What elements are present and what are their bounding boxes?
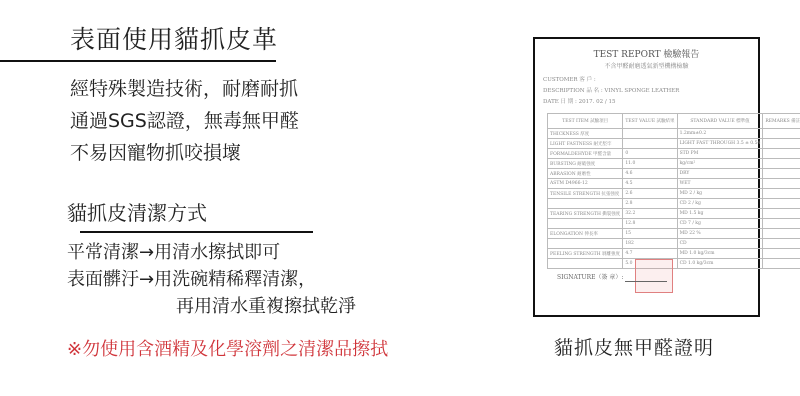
- cleaning-line: 平常清潔→用清水擦拭即可: [67, 239, 356, 266]
- table-row: ELONGATION 伸長率15MD 22 %: [548, 229, 800, 239]
- leather-features-list: 經特殊製造技術，耐磨耐抓 通過SGS認證，無毒無甲醛 不易因寵物抓咬損壞: [70, 73, 299, 169]
- section-title-cleaning: 貓抓皮清潔方式: [67, 197, 207, 226]
- title-underline: [0, 60, 276, 62]
- cleaning-warning: ※勿使用含酒精及化學溶劑之清潔品擦拭: [67, 335, 388, 361]
- col-header: STANDARD VALUE 標準值: [677, 114, 763, 129]
- table-row: 5.0CD 1.0 kg/3cm: [548, 259, 800, 269]
- certificate-description: DESCRIPTION 品 名 : VINYL SPONGE LEATHER: [543, 86, 679, 94]
- table-row: 12.8CD 7 / kg: [548, 219, 800, 229]
- table-row: ABRASION 耐磨性4.6DRY: [548, 169, 800, 179]
- feature-line: 不易因寵物抓咬損壞: [70, 137, 299, 169]
- feature-line: 通過SGS認證，無毒無甲醛: [70, 105, 299, 137]
- test-results-table: TEST ITEM 試驗項目 TEST VALUE 試驗結果 STANDARD …: [547, 113, 800, 269]
- feature-line: 經特殊製造技術，耐磨耐抓: [70, 73, 299, 105]
- table-row: ASTM D4966-124.5WET: [548, 179, 800, 189]
- table-row: 2.8CD 2 / kg: [548, 199, 800, 209]
- certificate-date: DATE 日 期 : 2017. 02 / 15: [543, 97, 615, 105]
- signature-line: [625, 281, 667, 282]
- table-row: BURSTING 耐破強度11.0kg/cm²: [548, 159, 800, 169]
- table-row: FORMALDEHYDE 甲醛含量0STD PM: [548, 149, 800, 159]
- signature-label: SIGNATURE（簽 章）:: [557, 272, 623, 281]
- table-row: TENSILE STRENGTH 抗張強度2.6MD 2 / kg: [548, 189, 800, 199]
- cleaning-line: 表面髒汙→用洗碗精稀釋清潔，: [67, 266, 356, 293]
- certificate-subtitle: 不含甲醛耐磨透氣新型機構檢驗: [535, 61, 758, 70]
- table-row: TEARING STRENGTH 撕裂強度32.2MD 1.5 kg: [548, 209, 800, 219]
- table-row: LIGHT FASTNESS 耐光堅牢LIGHT FAST THROUGH 3.…: [548, 139, 800, 149]
- certificate-customer: CUSTOMER 客 戶 :: [543, 75, 596, 83]
- col-header: TEST VALUE 試驗結果: [623, 114, 677, 129]
- section-title-leather: 表面使用貓抓皮革: [70, 20, 278, 56]
- certificate-caption: 貓抓皮無甲醛證明: [554, 333, 714, 360]
- table-row: PEELING STRENGTH 剝離強度4.7MD 1.0 kg/3cm: [548, 249, 800, 259]
- cleaning-instructions: 平常清潔→用清水擦拭即可 表面髒汙→用洗碗精稀釋清潔， 再用清水重複擦拭乾淨: [67, 239, 356, 320]
- col-header: REMARKS 備註: [763, 114, 800, 129]
- cleaning-line: 再用清水重複擦拭乾淨: [67, 293, 356, 320]
- col-header: TEST ITEM 試驗項目: [548, 114, 623, 129]
- table-row: THICKNESS 厚度1.2mm±0.2: [548, 129, 800, 139]
- table-row: 182CD: [548, 239, 800, 249]
- red-seal-stamp: [635, 259, 673, 293]
- test-report-certificate: TEST REPORT 檢驗報告 不含甲醛耐磨透氣新型機構檢驗 CUSTOMER…: [533, 37, 760, 317]
- cleaning-underline: [80, 231, 313, 233]
- certificate-title: TEST REPORT 檢驗報告: [535, 47, 758, 60]
